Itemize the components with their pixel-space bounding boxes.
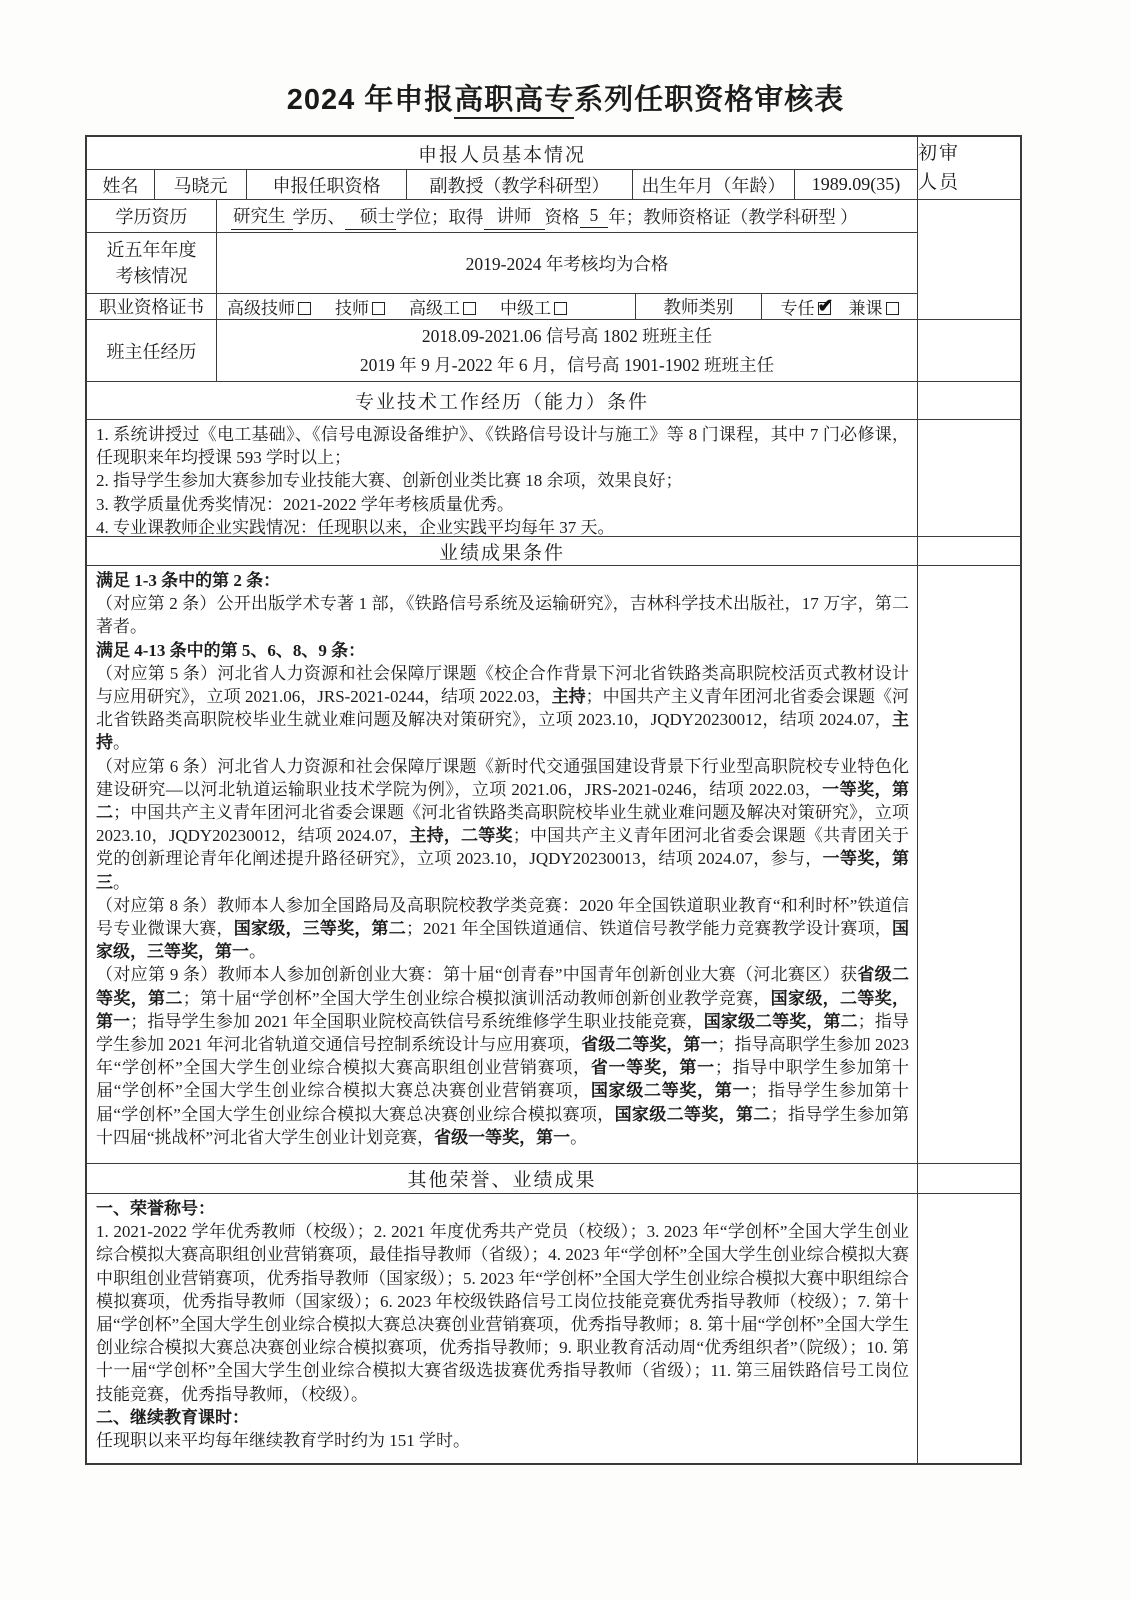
reviewer-empty-cell [918, 1194, 1020, 1463]
cert-option-mid-worker: 中级工 [500, 294, 567, 319]
reviewer-empty-cell [918, 200, 1020, 320]
text-segment: 省级二等奖，第一 [581, 1035, 717, 1054]
honor-list-text: 1. 2021-2022 学年优秀教师（校级）；2. 2021 年度优秀共产党员… [96, 1220, 909, 1406]
title-prefix: 2024 年申报 [287, 84, 455, 116]
performance-paragraph: （对应第 2 条）公开出版学术专著 1 部，《铁路信号系统及运输研究》，吉林科学… [96, 592, 909, 638]
text-segment: 国家级，三等奖，第二 [234, 919, 406, 938]
text-segment: 年；教师资格证（教学科研型 ） [608, 204, 857, 229]
tech-item-2: 2. 指导学生参加大赛参加专业技能大赛、创新创业类比赛 18 余项，效果良好； [96, 469, 909, 492]
assessment-row: 近五年年度 考核情况 2019-2024 年考核均为合格 [87, 233, 917, 294]
teacher-type-options: 专任 兼课 [762, 294, 917, 319]
text-segment: 满足 4-13 条中的第 5、6、8、9 条： [96, 641, 365, 660]
teacher-type-label: 教师类别 [636, 294, 762, 319]
name-row: 姓名 马晓元 申报任职资格 副教授（教学科研型） 出生年月（年龄） 1989.0… [87, 170, 917, 200]
text-segment: 。 [113, 873, 130, 892]
reviewer-empty-cell [918, 566, 1020, 1164]
reviewer-empty-cell [918, 537, 1020, 566]
assessment-value: 2019-2024 年考核均为合格 [217, 233, 917, 293]
reviewer-label-line2: 人员 [918, 168, 1020, 197]
tech-section-content: 1. 系统讲授过《电工基础》、《信号电源设备维护》、《铁路信号设计与施工》等 8… [87, 420, 917, 537]
text-segment: 硕士 [345, 203, 396, 230]
text-segment: （对应第 6 条）河北省人力资源和社会保障厅课题《新时代交通强国建设背景下行业型… [96, 757, 909, 799]
performance-section-header: 业绩成果条件 [87, 537, 917, 566]
reviewer-column: 初审 人员 [918, 137, 1020, 1463]
checkbox-parttime [886, 302, 899, 315]
birth-label: 出生年月（年龄） [633, 170, 795, 199]
text-segment: 。 [113, 733, 130, 752]
title-underlined-part: 高职高专 [454, 84, 574, 119]
text-segment: ；指导学生参加 2021 年全国职业院校高铁信号系统维修学生职业技能竞赛， [130, 1012, 703, 1031]
review-form-table: 申报人员基本情况 姓名 马晓元 申报任职资格 副教授（教学科研型） 出生年月（年… [85, 135, 1022, 1465]
page-title: 2024 年申报高职高专系列任职资格审核表 [0, 82, 1131, 118]
performance-paragraph: （对应第 9 条）教师本人参加创新创业大赛：第十届“创青春”中国青年创新创业大赛… [96, 963, 909, 1149]
title-suffix: 系列任职资格审核表 [574, 84, 844, 116]
text-segment: 主持，二等奖 [409, 826, 512, 845]
teacher-type-parttime: 兼课 [849, 294, 899, 319]
assessment-label-line1: 近五年年度 [107, 237, 197, 263]
continuing-education-text: 任现职以来平均每年继续教育学时约为 151 学时。 [96, 1429, 909, 1452]
text-segment: 5 [580, 205, 609, 228]
text-segment: 国家级二等奖，第二 [615, 1105, 771, 1124]
text-segment: 学位；取得 [396, 204, 484, 229]
performance-paragraph: （对应第 6 条）河北省人力资源和社会保障厅课题《新时代交通强国建设背景下行业型… [96, 755, 909, 894]
checkbox-senior-technician [298, 302, 311, 315]
checkbox-fulltime-checked [818, 302, 831, 315]
other-section-header: 其他荣誉、业绩成果 [87, 1164, 917, 1194]
text-segment: 国家级二等奖，第一 [591, 1081, 750, 1100]
other-section-content: 一、荣誉称号： 1. 2021-2022 学年优秀教师（校级）；2. 2021 … [87, 1194, 917, 1463]
performance-paragraph: 满足 1-3 条中的第 2 条： [96, 569, 909, 592]
head-teacher-line1: 2018.09-2021.06 信号高 1802 班班主任 [422, 322, 712, 351]
teacher-type-fulltime: 专任 [781, 294, 831, 319]
head-teacher-row: 班主任经历 2018.09-2021.06 信号高 1802 班班主任 2019… [87, 320, 917, 382]
basic-info-section-header: 申报人员基本情况 [87, 137, 917, 170]
apply-title-value: 副教授（教学科研型） [407, 170, 633, 199]
reviewer-empty-cell [918, 382, 1020, 420]
text-segment: 国家级二等奖，第二 [704, 1012, 858, 1031]
assessment-label: 近五年年度 考核情况 [87, 233, 217, 293]
cert-option-senior-worker: 高级工 [409, 294, 476, 319]
text-segment: 省一等奖，第一 [591, 1058, 715, 1077]
birth-value: 1989.09(35) [795, 170, 917, 199]
text-segment: （对应第 2 条）公开出版学术专著 1 部，《铁路信号系统及运输研究》，吉林科学… [96, 594, 909, 636]
cert-option-senior-technician: 高级技师 [227, 294, 311, 319]
reviewer-empty-cell [918, 1164, 1020, 1194]
scanned-review-form-page: 2024 年申报高职高专系列任职资格审核表 申报人员基本情况 姓名 马晓元 申报… [0, 0, 1131, 1600]
continuing-education-heading: 二、继续教育课时： [96, 1406, 909, 1429]
text-segment: 省级一等奖，第一 [434, 1128, 570, 1147]
name-label: 姓名 [87, 170, 155, 199]
head-teacher-value: 2018.09-2021.06 信号高 1802 班班主任 2019 年 9 月… [217, 320, 917, 381]
certificate-row: 职业资格证书 高级技师 技师 高级工 中级工 教师类别 专任 兼课 [87, 294, 917, 320]
education-row: 学历资历 研究生 学历、硕士学位；取得讲师资格5年；教师资格证（教学科研型 ） [87, 200, 917, 233]
tech-item-4: 4. 专业课教师企业实践情况：任现职以来，企业实践平均每年 37 天。 [96, 516, 909, 539]
assessment-label-line2: 考核情况 [116, 263, 188, 289]
form-main-column: 申报人员基本情况 姓名 马晓元 申报任职资格 副教授（教学科研型） 出生年月（年… [87, 137, 918, 1463]
performance-paragraph: 满足 4-13 条中的第 5、6、8、9 条： [96, 639, 909, 662]
education-label: 学历资历 [87, 200, 217, 232]
head-teacher-label: 班主任经历 [87, 320, 217, 381]
performance-paragraph: （对应第 5 条）河北省人力资源和社会保障厅课题《校企合作背景下河北省铁路类高职… [96, 662, 909, 755]
text-segment: （对应第 9 条）教师本人参加创新创业大赛：第十届“创青春”中国青年创新创业大赛… [96, 965, 857, 984]
performance-section-content: 满足 1-3 条中的第 2 条： （对应第 2 条）公开出版学术专著 1 部，《… [87, 566, 917, 1164]
head-teacher-line2: 2019 年 9 月-2022 年 6 月，信号高 1901-1902 班班主任 [360, 351, 774, 380]
checkbox-technician [372, 302, 385, 315]
checkbox-senior-worker [463, 302, 476, 315]
reviewer-empty-cell [918, 420, 1020, 537]
performance-paragraph: （对应第 8 条）教师本人参加全国路局及高职院校教学类竞赛：2020 年全国铁道… [96, 894, 909, 964]
text-segment: 主持 [552, 687, 586, 706]
certificate-options: 高级技师 技师 高级工 中级工 [217, 294, 636, 319]
text-segment: 。 [570, 1128, 587, 1147]
reviewer-label-cell: 初审 人员 [918, 137, 1020, 200]
tech-item-3: 3. 教学质量优秀奖情况：2021-2022 学年考核质量优秀。 [96, 493, 909, 516]
certificate-label: 职业资格证书 [87, 294, 217, 319]
text-segment: ；2021 年全国铁道通信、铁道信号教学能力竞赛教学设计赛项， [406, 919, 892, 938]
text-segment: 满足 1-3 条中的第 2 条： [96, 571, 280, 590]
reviewer-empty-cell [918, 320, 1020, 382]
text-segment: 。 [249, 942, 266, 961]
education-value: 研究生 学历、硕士学位；取得讲师资格5年；教师资格证（教学科研型 ） [217, 200, 917, 232]
text-segment: 学历、 [293, 204, 346, 229]
tech-item-1: 1. 系统讲授过《电工基础》、《信号电源设备维护》、《铁路信号设计与施工》等 8… [96, 423, 909, 469]
cert-option-technician: 技师 [335, 294, 385, 319]
apply-title-label: 申报任职资格 [247, 170, 407, 199]
text-segment: 资格 [545, 204, 580, 229]
checkbox-mid-worker [554, 302, 567, 315]
text-segment: 研究生 [231, 203, 293, 230]
name-value: 马晓元 [155, 170, 247, 199]
tech-section-header: 专业技术工作经历（能力）条件 [87, 382, 917, 420]
honor-heading: 一、荣誉称号： [96, 1197, 909, 1220]
reviewer-label-line1: 初审 [918, 139, 1020, 168]
text-segment: ；第十届“学创杯”全国大学生创业综合模拟演训活动教师创新创业教学竞赛， [183, 989, 771, 1008]
text-segment: 讲师 [484, 203, 545, 230]
